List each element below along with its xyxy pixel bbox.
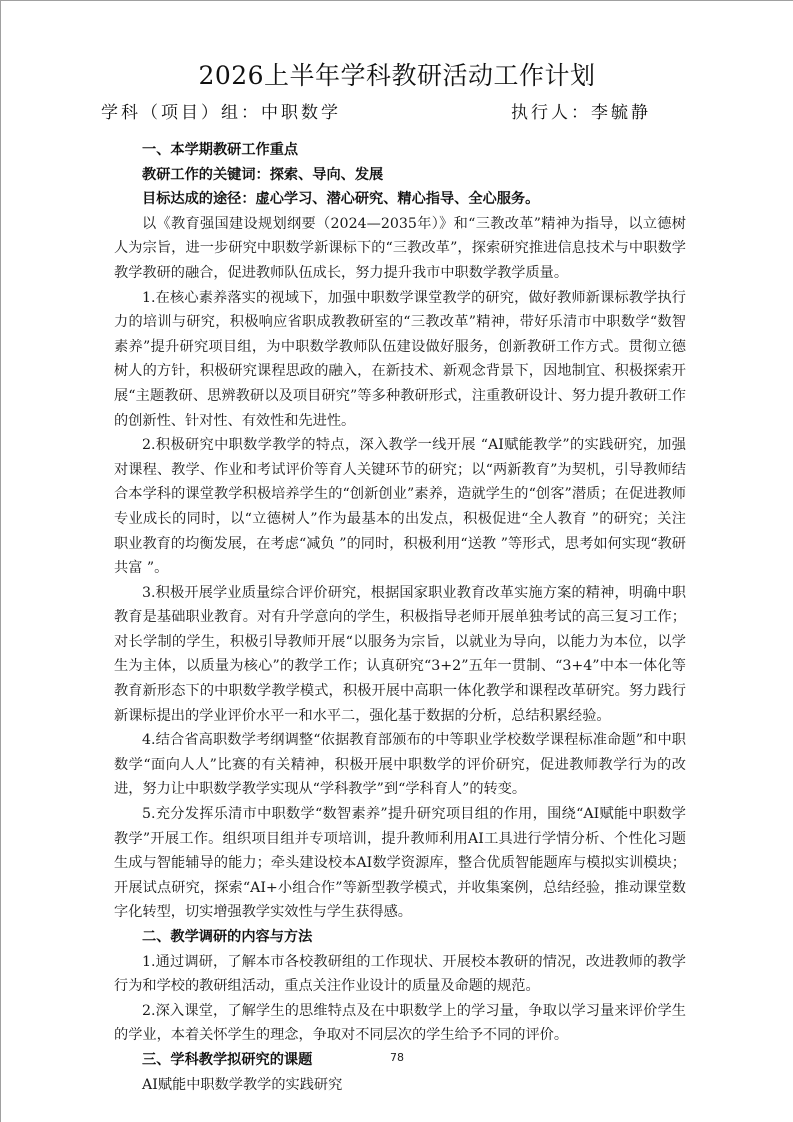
section1-item-5: 5.充分发挥乐清市中职数学“数智素养”提升研究项目组的作用，围绕“AI赋能中职数… [114, 802, 686, 925]
subject-group-label: 学科（项目）组：中职数学 [101, 98, 341, 123]
document-page: 2026上半年学科教研活动工作计划 学科（项目）组：中职数学 执行人：李毓静 一… [0, 0, 793, 1122]
document-body: 一、本学期教研工作重点 教研工作的关键词：探索、导向、发展 目标达成的途径：虚心… [114, 138, 686, 1097]
section1-item-1: 1.在核心素养落实的视域下，加强中职数学课堂教学的研究，做好教师新课标教学执行力… [114, 286, 686, 434]
executor-label: 执行人：李毓静 [511, 98, 651, 123]
goal-path-line: 目标达成的途径：虚心学习、潜心研究、精心指导、全心服务。 [114, 187, 686, 212]
section2-item-1: 1.通过调研，了解本市各校教研组的工作现状、开展校本教研的情况，改进教师的教学行… [114, 950, 686, 999]
section1-item-3: 3.积极开展学业质量综合评价研究，根据国家职业教育改革实施方案的精神，明确中职教… [114, 581, 686, 729]
section2-item-2: 2.深入课堂，了解学生的思维特点及在中职数学上的学习量，争取以学习量来评价学生的… [114, 999, 686, 1048]
research-topic: AI赋能中职数学教学的实践研究 [114, 1073, 686, 1098]
document-title: 2026上半年学科教研活动工作计划 [1, 56, 793, 92]
page-number: 78 [1, 1051, 793, 1064]
intro-paragraph: 以《教育强国建设规划纲要（2024—2035年）》和“三教改革”精神为指导，以立… [114, 212, 686, 286]
section1-item-4: 4.结合省高职数学考纲调整“依据教育部颁布的中等职业学校数学课程标准命题”和中职… [114, 728, 686, 802]
section-heading-2: 二、教学调研的内容与方法 [114, 925, 686, 950]
section1-item-2: 2.积极研究中职数学教学的特点，深入教学一线开展 “AI赋能教学”的实践研究，加… [114, 433, 686, 581]
section-heading-1: 一、本学期教研工作重点 [114, 138, 686, 163]
keywords-line: 教研工作的关键词：探索、导向、发展 [114, 163, 686, 188]
